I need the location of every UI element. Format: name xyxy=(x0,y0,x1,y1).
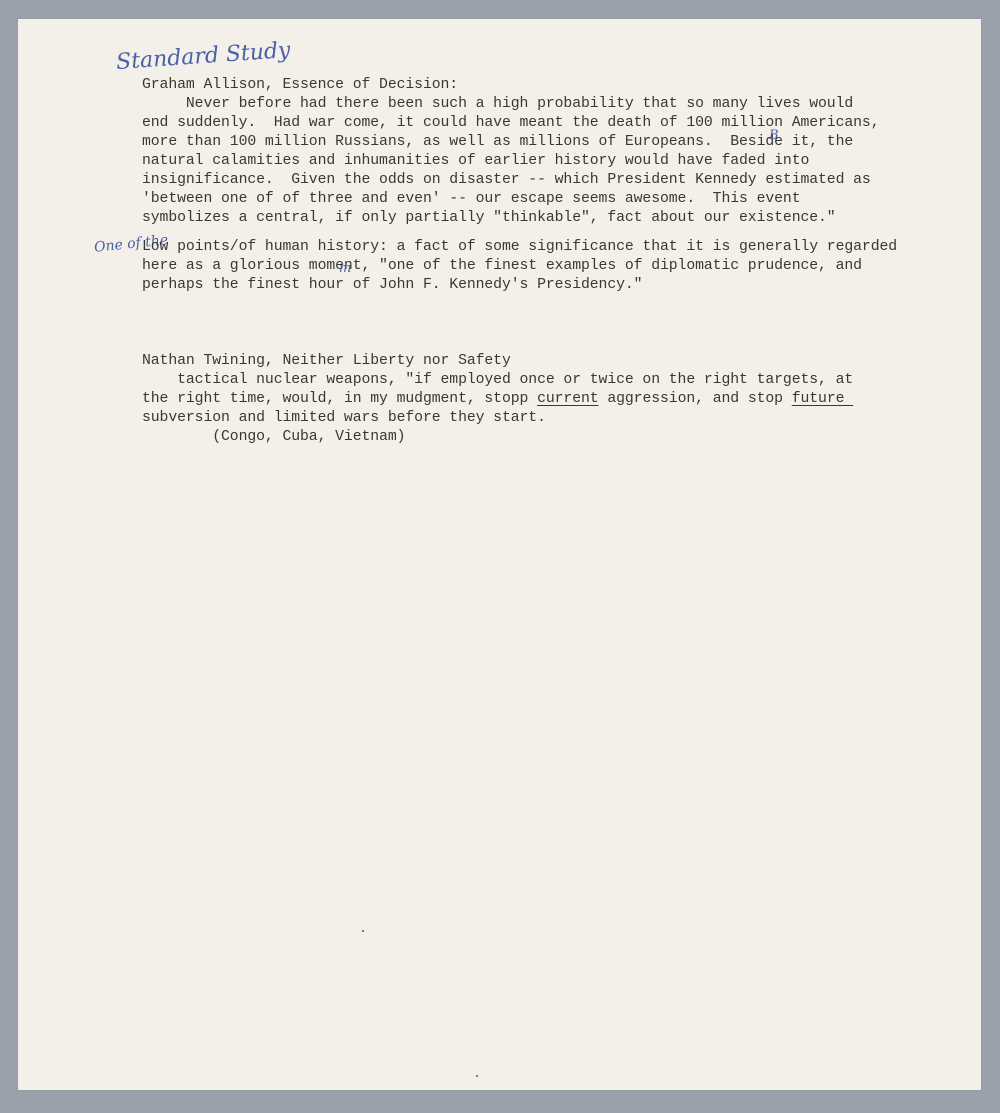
underlined-word-current: current xyxy=(537,391,598,407)
section2-line: perhaps the finest hour of John F. Kenne… xyxy=(142,276,642,295)
paper-speck xyxy=(362,930,364,932)
section1-line: Never before had there been such a high … xyxy=(142,95,853,114)
section3-line: tactical nuclear weapons, "if employed o… xyxy=(142,371,853,390)
section3-line: the right time, would, in my mudgment, s… xyxy=(142,390,853,409)
section3-heading: Nathan Twining, Neither Liberty nor Safe… xyxy=(142,352,511,371)
section2-line: Low points/of human history: a fact of s… xyxy=(142,238,897,257)
text-segment: aggression, and stop xyxy=(599,391,792,407)
section1-line: more than 100 million Russians, as well … xyxy=(142,133,853,152)
section1-line: natural calamities and inhumanities of e… xyxy=(142,152,809,171)
paper-speck xyxy=(476,1075,478,1077)
section3-line: (Congo, Cuba, Vietnam) xyxy=(142,428,405,447)
section1-line: 'between one of of three and even' -- ou… xyxy=(142,190,800,209)
text-segment: the right time, would, in my mudgment, s… xyxy=(142,391,537,407)
section1-heading: Graham Allison, Essence of Decision: xyxy=(142,76,458,95)
section1-line: insignificance. Given the odds on disast… xyxy=(142,171,871,190)
section1-line: symbolizes a central, if only partially … xyxy=(142,209,836,228)
handwritten-correction-m: m xyxy=(339,261,351,276)
underlined-word-future: future xyxy=(792,391,853,407)
section3-line: subversion and limited wars before they … xyxy=(142,409,546,428)
handwritten-correction-b: B xyxy=(769,128,779,143)
section2-line: here as a glorious moment, "one of the f… xyxy=(142,257,862,276)
